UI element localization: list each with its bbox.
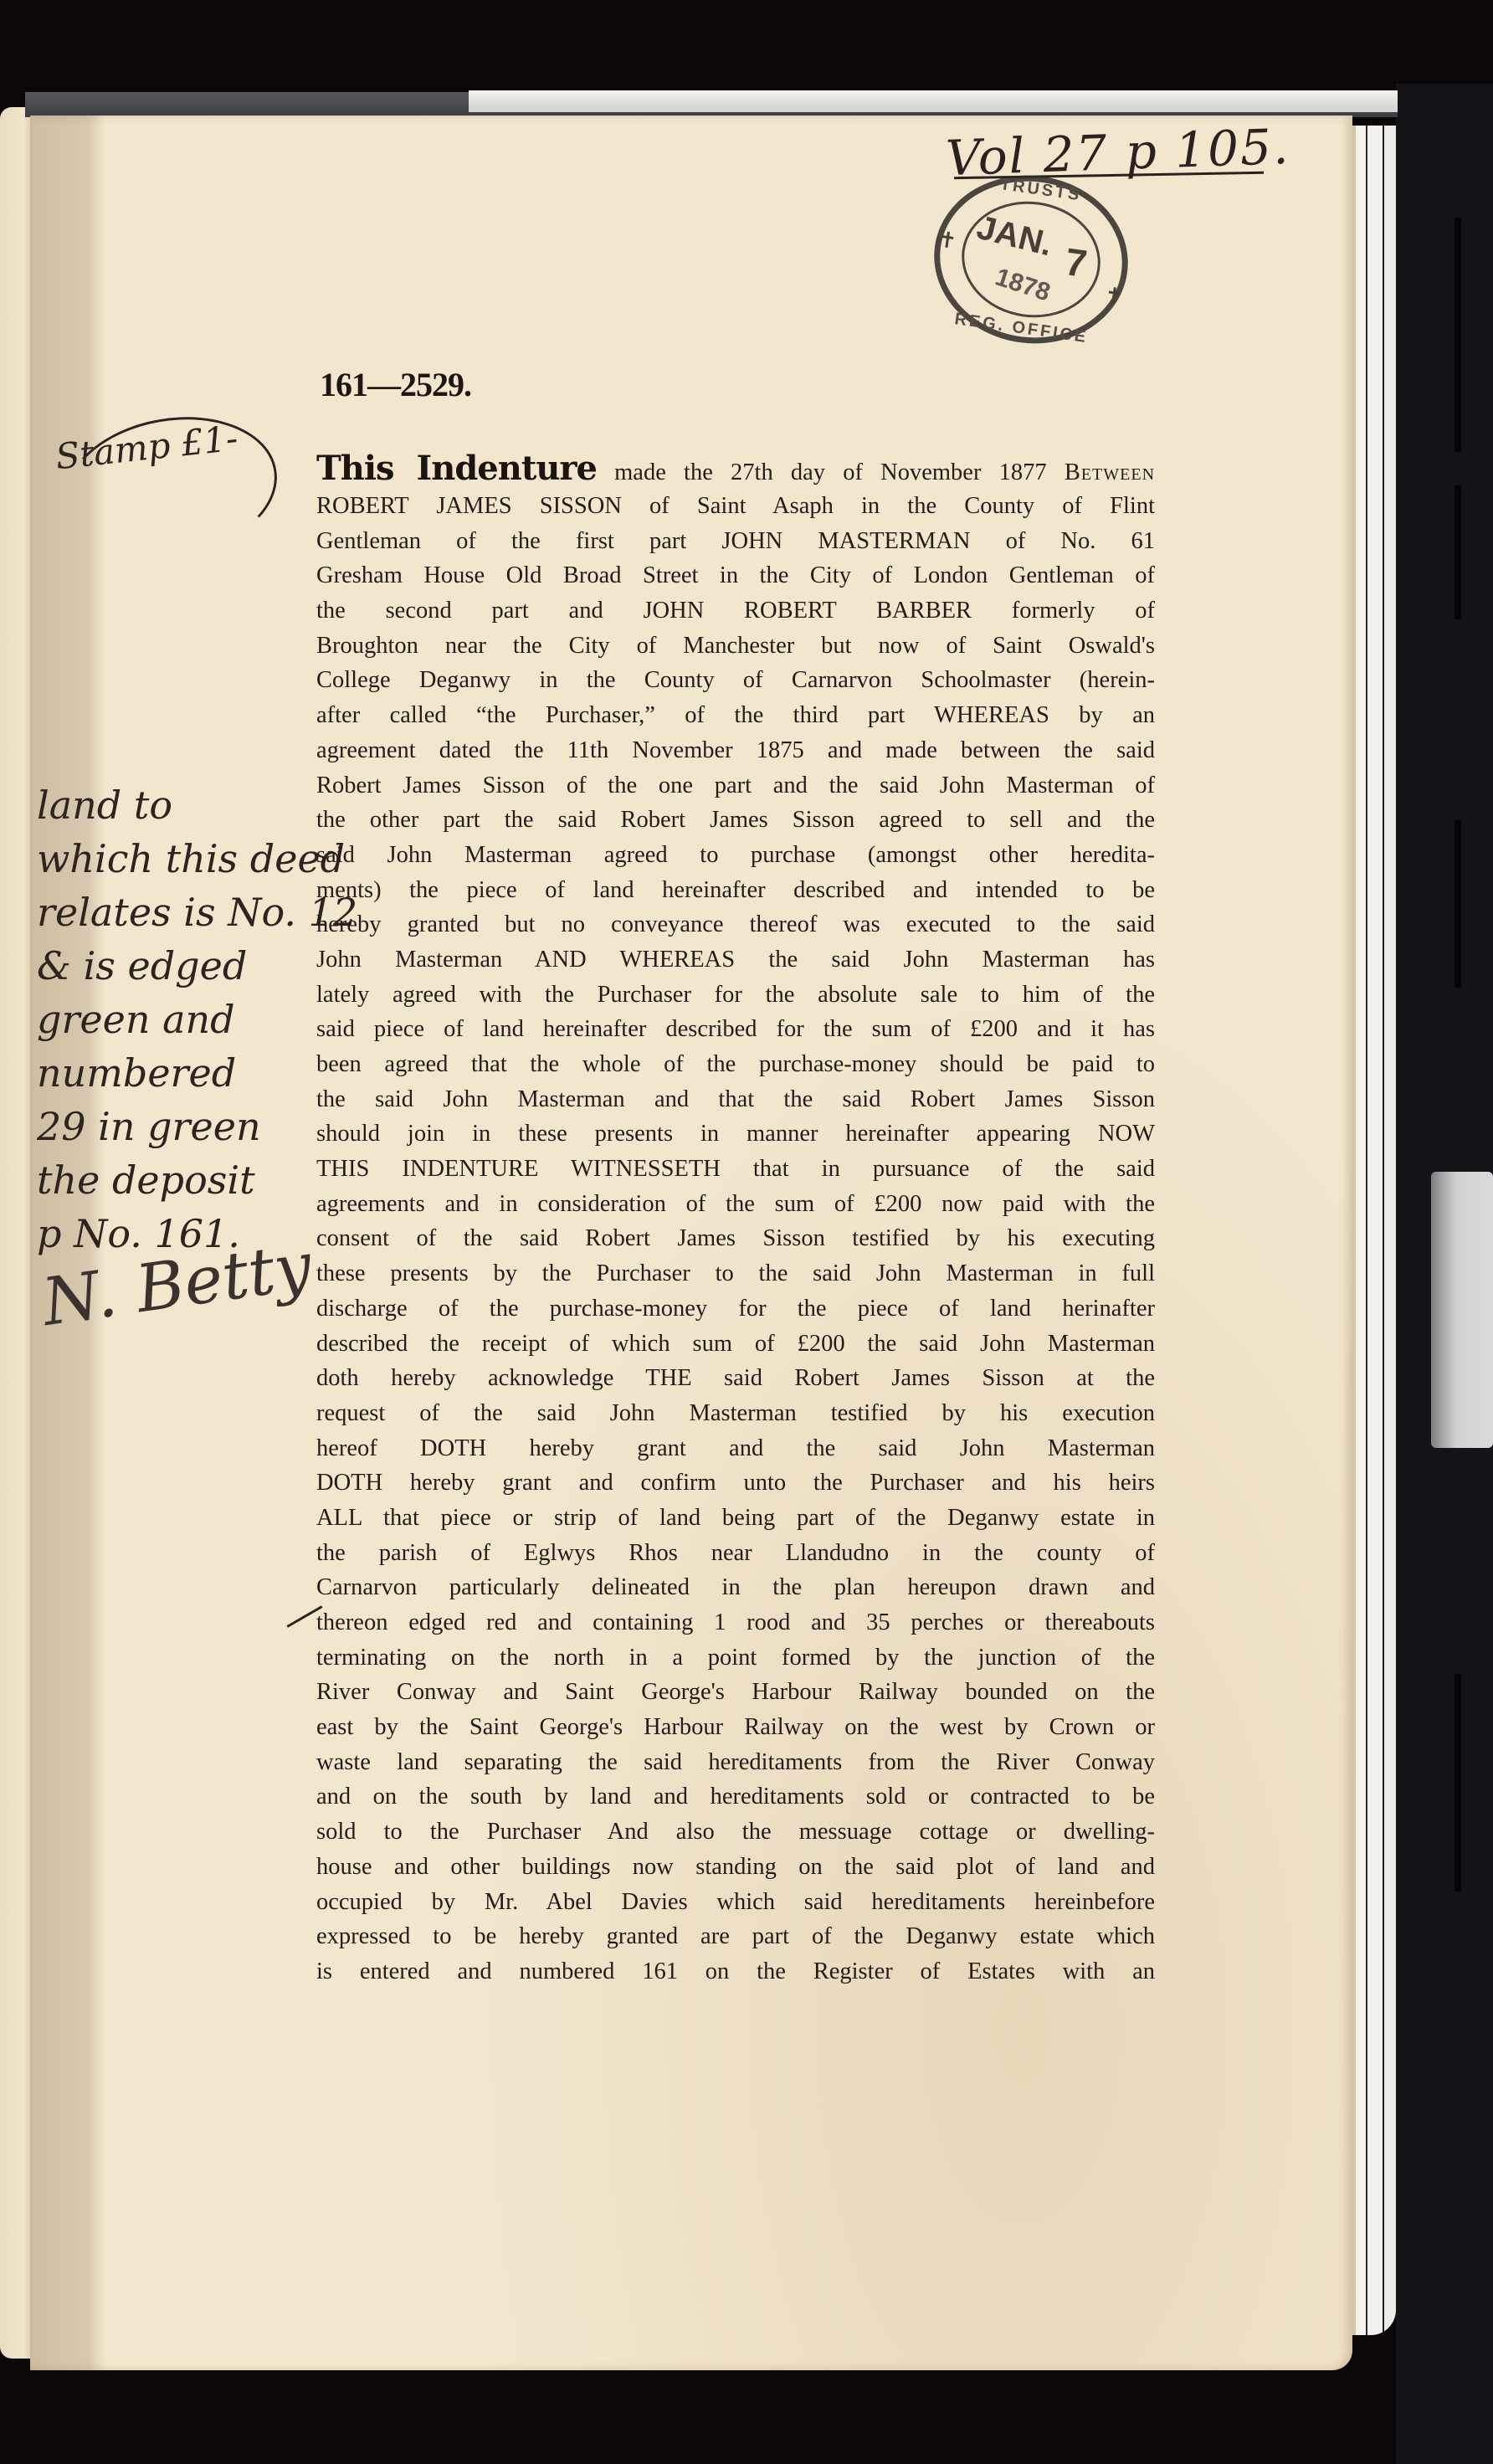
binding-top-edge-light [469, 90, 1398, 112]
deed-line: request of the said John Masterman testi… [316, 1396, 1155, 1431]
deed-line: Gresham House Old Broad Street in the Ci… [316, 558, 1155, 593]
deed-line: occupied by Mr. Abel Davies which said h… [316, 1885, 1155, 1920]
deed-line: said piece of land hereinafter described… [316, 1012, 1155, 1047]
deed-line-text: College Deganwy in the County of Carnarv… [316, 667, 1155, 693]
deed-line: been agreed that the whole of the purcha… [316, 1047, 1155, 1082]
deed-line: east by the Saint George's Harbour Railw… [316, 1710, 1155, 1745]
deed-line-text: house and other buildings now standing o… [316, 1854, 1155, 1880]
deed-opening-text: made the 27th day of November 1877 [614, 459, 1047, 485]
deed-line-text: consent of the said Robert James Sisson … [316, 1225, 1155, 1251]
deed-line-text: agreements and in consideration of the s… [316, 1191, 1155, 1217]
deed-line: Carnarvon particularly delineated in the… [316, 1570, 1155, 1605]
stamp-cross-icon: ✝ [1103, 283, 1125, 311]
deed-line-text: and on the south by land and hereditamen… [316, 1784, 1155, 1810]
deed-line: said John Masterman agreed to purchase (… [316, 838, 1155, 873]
previous-page-edge [0, 107, 33, 2359]
deed-line: after called “the Purchaser,” of the thi… [316, 698, 1155, 733]
deed-line: the said John Masterman and that the sai… [316, 1082, 1155, 1117]
margin-note-line: relates is No. 12 [37, 885, 313, 939]
deed-line: lately agreed with the Purchaser for the… [316, 978, 1155, 1013]
page-stack-edge [1349, 126, 1396, 2335]
deed-line-text: Broughton near the City of Manchester bu… [316, 633, 1155, 659]
document-number: 161—2529. [320, 365, 471, 404]
deed-line-text: Robert James Sisson of the one part and … [316, 773, 1155, 798]
deed-line-text: request of the said John Masterman testi… [316, 1400, 1155, 1426]
cover-notch [1455, 218, 1461, 452]
margin-note-line: 29 in green [37, 1100, 313, 1153]
deed-line-text: Gentleman of the first part JOHN MASTERM… [316, 528, 1155, 554]
deed-line-text: Carnarvon particularly delineated in the… [316, 1574, 1155, 1600]
margin-handwritten-note: land to which this deed relates is No. 1… [37, 778, 313, 1260]
deed-line-text: doth hereby acknowledge THE said Robert … [316, 1365, 1155, 1391]
deed-line: consent of the said Robert James Sisson … [316, 1221, 1155, 1256]
margin-note-line: & is edged [37, 939, 313, 993]
deed-line-text: ments) the piece of land hereinafter des… [316, 877, 1155, 903]
margin-note-line: which this deed [37, 832, 313, 885]
margin-note-line: numbered [37, 1046, 313, 1100]
deed-line: DOTH hereby grant and confirm unto the P… [316, 1466, 1155, 1501]
deed-line-text: terminating on the north in a point form… [316, 1645, 1155, 1671]
deed-line-text: these presents by the Purchaser to the s… [316, 1260, 1155, 1286]
deed-line-text: described the receipt of which sum of £2… [316, 1331, 1155, 1357]
deed-line: terminating on the north in a point form… [316, 1640, 1155, 1676]
deed-opening-blackletter: This Indenture [316, 449, 597, 488]
deed-line: thereon edged red and containing 1 rood … [316, 1605, 1155, 1640]
deed-line-text: said John Masterman agreed to purchase (… [316, 842, 1155, 868]
deed-line: sold to the Purchaser And also the messu… [316, 1815, 1155, 1850]
deed-body: This Indenture made the 27th day of Nove… [316, 449, 1155, 1989]
deed-line: the parish of Eglwys Rhos near Llandudno… [316, 1536, 1155, 1571]
deed-line-text: discharge of the purchase-money for the … [316, 1296, 1155, 1322]
deed-line-text: expressed to be hereby granted are part … [316, 1923, 1155, 1949]
deed-line: doth hereby acknowledge THE said Robert … [316, 1361, 1155, 1396]
margin-note-line: green and [37, 993, 313, 1046]
deed-line-text: lately agreed with the Purchaser for the… [316, 982, 1155, 1008]
deed-line-text: River Conway and Saint George's Harbour … [316, 1679, 1155, 1705]
deed-line: described the receipt of which sum of £2… [316, 1327, 1155, 1362]
margin-note-line: the deposit [37, 1153, 313, 1207]
cover-notch [1455, 485, 1461, 619]
deed-line-text: sold to the Purchaser And also the messu… [316, 1819, 1155, 1845]
deed-line-text: THIS INDENTURE WITNESSETH that in pursua… [316, 1156, 1155, 1182]
margin-note-line: land to [37, 778, 313, 832]
deed-line-text: after called “the Purchaser,” of the thi… [316, 702, 1155, 728]
deed-line-text: ALL that piece or strip of land being pa… [316, 1505, 1155, 1531]
deed-line: agreement dated the 11th November 1875 a… [316, 733, 1155, 768]
deed-line: waste land separating the said hereditam… [316, 1745, 1155, 1780]
deed-line-text: hereby granted but no conveyance thereof… [316, 911, 1155, 937]
deed-line: ALL that piece or strip of land being pa… [316, 1501, 1155, 1536]
deed-line: these presents by the Purchaser to the s… [316, 1256, 1155, 1291]
deed-line: Broughton near the City of Manchester bu… [316, 629, 1155, 664]
deed-line: ROBERT JAMES SISSON of Saint Asaph in th… [316, 489, 1155, 524]
deed-line: Gentleman of the first part JOHN MASTERM… [316, 524, 1155, 559]
page-tab [1431, 1172, 1493, 1448]
deed-opening-between: Between [1065, 459, 1155, 485]
deed-line: the second part and JOHN ROBERT BARBER f… [316, 593, 1155, 629]
deed-line-text: occupied by Mr. Abel Davies which said h… [316, 1889, 1155, 1915]
deed-line-text: ROBERT JAMES SISSON of Saint Asaph in th… [316, 493, 1155, 519]
deed-line-text: the said John Masterman and that the sai… [316, 1086, 1155, 1112]
deed-line: hereof DOTH hereby grant and the said Jo… [316, 1431, 1155, 1466]
deed-line-text: thereon edged red and containing 1 rood … [316, 1609, 1155, 1635]
deed-line-text: hereof DOTH hereby grant and the said Jo… [316, 1435, 1155, 1461]
deed-line-text: is entered and numbered 161 on the Regis… [316, 1958, 1155, 1984]
deed-line: expressed to be hereby granted are part … [316, 1919, 1155, 1954]
deed-line-text: DOTH hereby grant and confirm unto the P… [316, 1470, 1155, 1496]
deed-line-text: John Masterman AND WHEREAS the said John… [316, 947, 1155, 973]
deed-line-text: the parish of Eglwys Rhos near Llandudno… [316, 1540, 1155, 1566]
deed-line-text: the second part and JOHN ROBERT BARBER f… [316, 598, 1155, 624]
deed-line: house and other buildings now standing o… [316, 1850, 1155, 1885]
deed-line: College Deganwy in the County of Carnarv… [316, 663, 1155, 698]
deed-line: and on the south by land and hereditamen… [316, 1779, 1155, 1815]
deed-line-text: the other part the said Robert James Sis… [316, 807, 1155, 833]
cover-notch [1455, 820, 1461, 988]
deed-line: Robert James Sisson of the one part and … [316, 768, 1155, 803]
deed-line: hereby granted but no conveyance thereof… [316, 907, 1155, 942]
stamp-cross-icon: ✝ [936, 227, 958, 254]
stamp-duty-mark: Stamp £1- [55, 393, 273, 561]
deed-line-text: said piece of land hereinafter described… [316, 1016, 1155, 1042]
deed-line-text: been agreed that the whole of the purcha… [316, 1051, 1155, 1077]
deed-line-text: waste land separating the said hereditam… [316, 1749, 1155, 1775]
deed-line: John Masterman AND WHEREAS the said John… [316, 942, 1155, 978]
deed-line: the other part the said Robert James Sis… [316, 803, 1155, 838]
deed-line-text: Gresham House Old Broad Street in the Ci… [316, 562, 1155, 588]
deed-opening-line: This Indenture made the 27th day of Nove… [316, 449, 1155, 489]
deed-line: THIS INDENTURE WITNESSETH that in pursua… [316, 1152, 1155, 1187]
deed-line: should join in these presents in manner … [316, 1116, 1155, 1152]
deed-line: agreements and in consideration of the s… [316, 1187, 1155, 1222]
deed-line-text: should join in these presents in manner … [316, 1121, 1155, 1147]
cover-notch [1455, 1674, 1461, 1892]
deed-line-text: east by the Saint George's Harbour Railw… [316, 1714, 1155, 1740]
deed-line: ments) the piece of land hereinafter des… [316, 873, 1155, 908]
deed-line: River Conway and Saint George's Harbour … [316, 1675, 1155, 1710]
deed-line-text: agreement dated the 11th November 1875 a… [316, 737, 1155, 763]
deed-line: discharge of the purchase-money for the … [316, 1291, 1155, 1327]
deed-line: is entered and numbered 161 on the Regis… [316, 1954, 1155, 1989]
